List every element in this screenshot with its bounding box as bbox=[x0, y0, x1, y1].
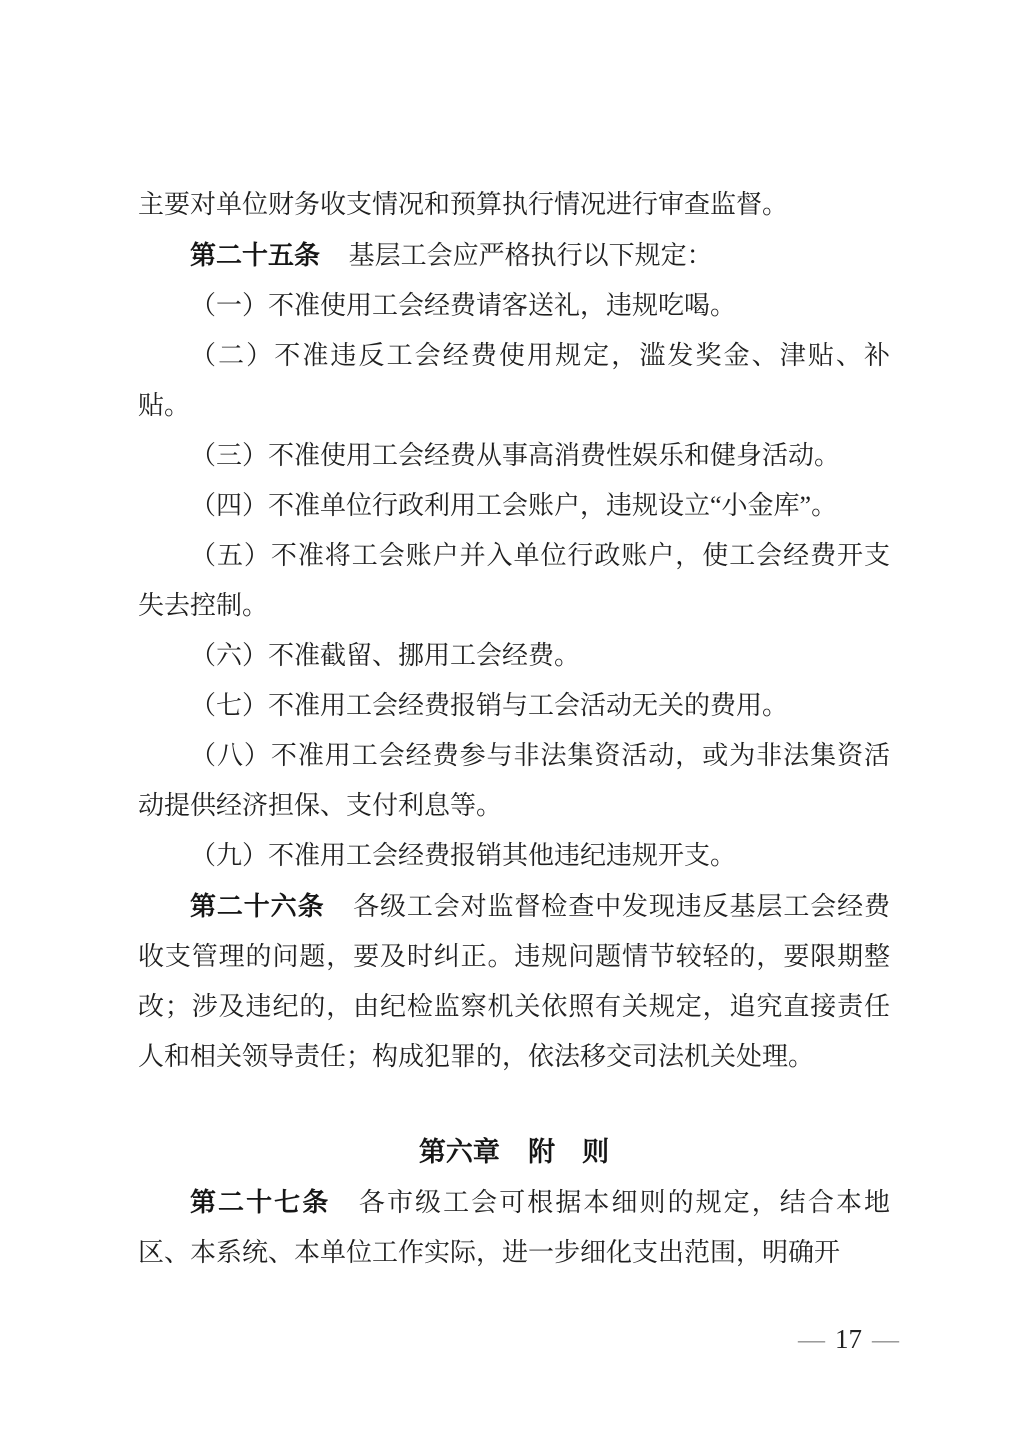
article-25-paragraph: 第二十五条基层工会应严格执行以下规定： bbox=[138, 230, 890, 281]
rule-item-9: （九）不准用工会经费报销其他违纪违规开支。 bbox=[138, 831, 890, 881]
footer-dash-right: — bbox=[872, 1324, 899, 1354]
rule-item-1: （一）不准使用工会经费请客送礼，违规吃喝。 bbox=[138, 281, 890, 331]
article-26-paragraph: 第二十六条各级工会对监督检查中发现违反基层工会经费收支管理的问题，要及时纠正。违… bbox=[138, 881, 890, 1082]
article-27-number: 第二十七条 bbox=[190, 1187, 330, 1217]
rule-item-3: （三）不准使用工会经费从事高消费性娱乐和健身活动。 bbox=[138, 431, 890, 481]
rule-item-2: （二）不准违反工会经费使用规定，滥发奖金、津贴、补贴。 bbox=[138, 331, 890, 431]
rule-item-4: （四）不准单位行政利用工会账户，违规设立“小金库”。 bbox=[138, 481, 890, 531]
rule-item-8: （八）不准用工会经费参与非法集资活动，或为非法集资活动提供经济担保、支付利息等。 bbox=[138, 731, 890, 831]
chapter-6-title: 附 则 bbox=[528, 1137, 609, 1167]
chapter-6-number: 第六章 bbox=[419, 1137, 500, 1167]
article-25-number: 第二十五条 bbox=[190, 240, 320, 270]
paragraph-continuation: 主要对单位财务收支情况和预算执行情况进行审查监督。 bbox=[138, 180, 890, 230]
rule-item-5: （五）不准将工会账户并入单位行政账户，使工会经费开支失去控制。 bbox=[138, 531, 890, 631]
page-number: —17— bbox=[798, 1322, 894, 1356]
page-number-value: 17 bbox=[835, 1324, 862, 1354]
rule-item-6: （六）不准截留、挪用工会经费。 bbox=[138, 631, 890, 681]
chapter-6-heading: 第六章附 则 bbox=[138, 1127, 890, 1177]
document-page: 主要对单位财务收支情况和预算执行情况进行审查监督。 第二十五条基层工会应严格执行… bbox=[0, 0, 1024, 1448]
footer-dash-left: — bbox=[798, 1324, 825, 1354]
article-26-number: 第二十六条 bbox=[190, 891, 324, 921]
article-27-paragraph: 第二十七条各市级工会可根据本细则的规定，结合本地区、本系统、本单位工作实际，进一… bbox=[138, 1177, 890, 1278]
document-body: 主要对单位财务收支情况和预算执行情况进行审查监督。 第二十五条基层工会应严格执行… bbox=[138, 180, 890, 1278]
rule-item-7: （七）不准用工会经费报销与工会活动无关的费用。 bbox=[138, 681, 890, 731]
article-25-text: 基层工会应严格执行以下规定： bbox=[349, 241, 713, 270]
